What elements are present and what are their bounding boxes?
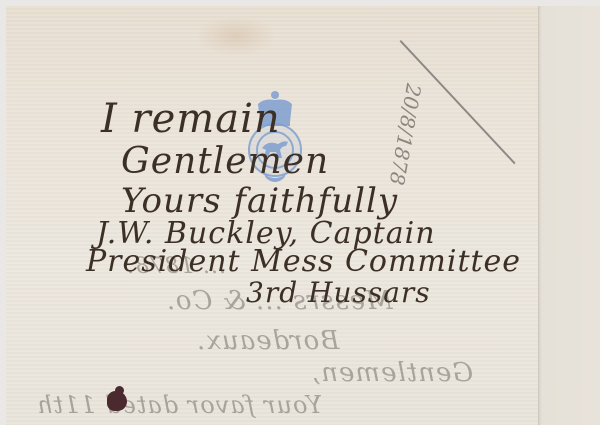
paper-fold xyxy=(538,6,600,425)
title-line: President Mess Committee xyxy=(86,244,521,279)
regiment-line: 3rd Hussars xyxy=(246,276,431,309)
paper-stain xyxy=(196,16,276,56)
letter-paper: ... 1878. Messrs ... & Co. Bordeaux. Gen… xyxy=(6,6,600,425)
bleed-through-line: Your favor dated 11th xyxy=(36,391,322,419)
salutation-line: Gentlemen xyxy=(121,141,329,182)
bleed-through-line: Bordeaux. xyxy=(196,326,339,356)
pencil-reference-number: 20/8/1878 xyxy=(385,82,426,187)
closing-line: I remain xyxy=(101,96,281,142)
bleed-through-line: Gentlemen, xyxy=(311,358,473,388)
ink-blot xyxy=(107,391,127,411)
valediction-line: Yours faithfully xyxy=(121,181,398,221)
